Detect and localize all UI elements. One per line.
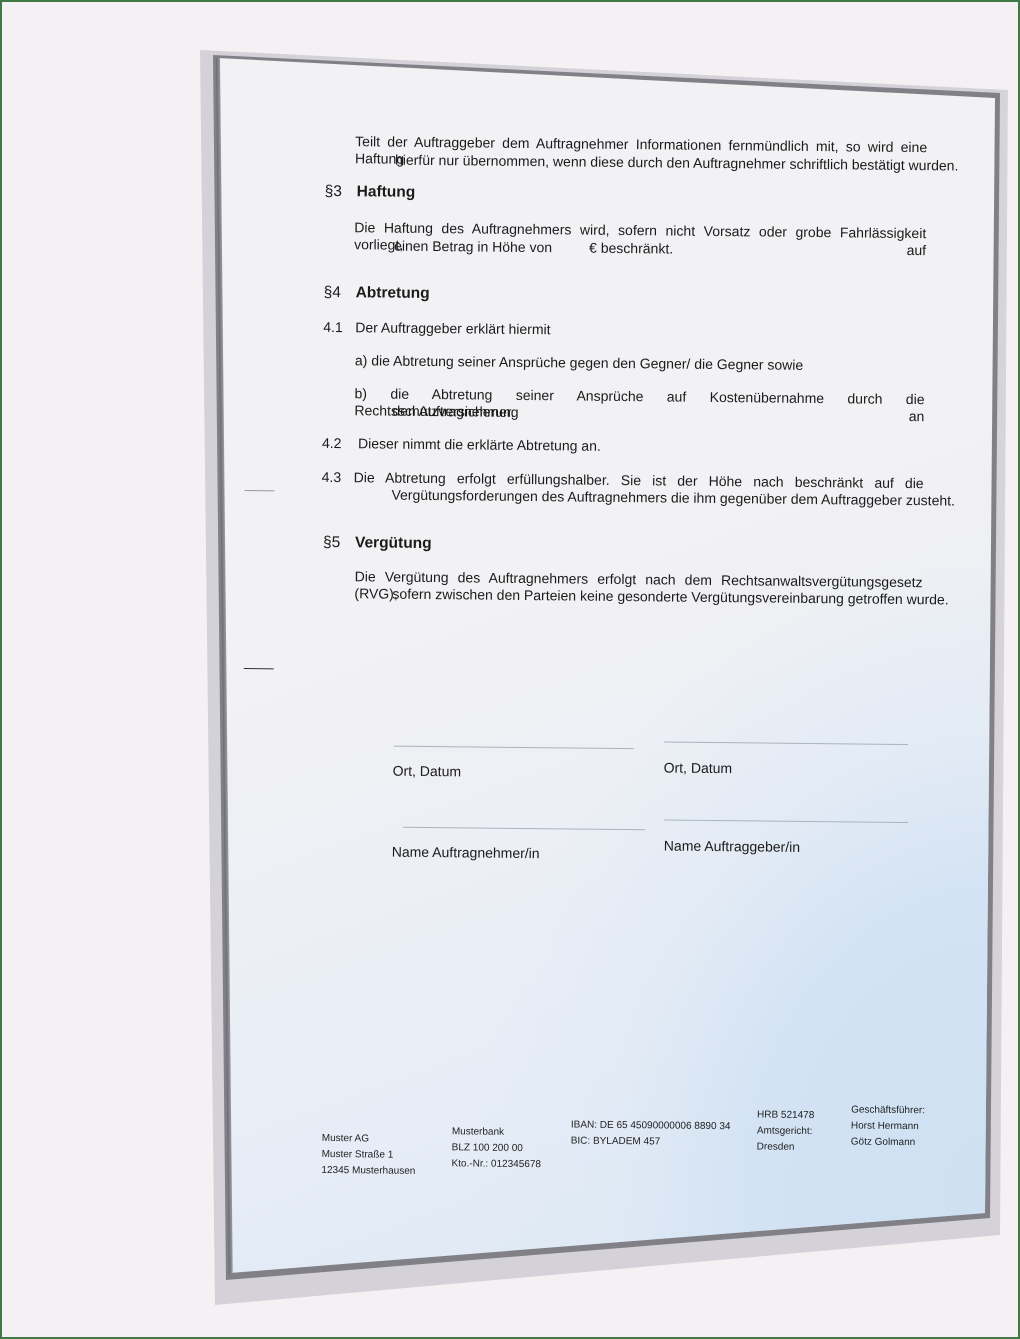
- section-number: §3: [325, 183, 357, 201]
- signature-line-right-date: [664, 741, 908, 745]
- section-heading-abtretung: §4Abtretung: [324, 284, 430, 303]
- footer-iban: IBAN: DE 65 45090000006 8890 34: [571, 1118, 731, 1136]
- item-text-4-2: Dieser nimmt die erklärte Abtretung an.: [358, 435, 601, 455]
- footer-manager-2: Götz Golmann: [851, 1134, 925, 1151]
- footer-management: Geschäftsführer: Horst Hermann Götz Golm…: [851, 1102, 925, 1151]
- footer-company-city: 12345 Musterhausen: [321, 1163, 415, 1180]
- section-title: Haftung: [357, 183, 416, 201]
- haftung-line-2b: € beschränkt.: [589, 240, 673, 258]
- footer-register: HRB 521478 Amtsgericht: Dresden: [757, 1107, 815, 1156]
- footer-hrb: HRB 521478: [757, 1107, 814, 1124]
- haftung-line-2a: einen Betrag in Höhe von: [394, 238, 552, 257]
- footer-account: IBAN: DE 65 45090000006 8890 34 BIC: BYL…: [571, 1118, 731, 1152]
- document-content: Teilt der Auftraggeber dem Auftragnehmer…: [0, 0, 1020, 1339]
- footer-bank: Musterbank BLZ 100 200 00 Kto.-Nr.: 0123…: [451, 1124, 541, 1173]
- place-date-label-left: Ort, Datum: [393, 763, 462, 781]
- footer-court-label: Amtsgericht:: [757, 1123, 814, 1140]
- item-number-4-3: 4.3: [322, 469, 342, 486]
- footer-company-street: Muster Straße 1: [322, 1147, 416, 1164]
- footer-manager-1: Horst Hermann: [851, 1118, 925, 1135]
- section-number: §4: [324, 284, 356, 302]
- signature-line-right-name: [664, 819, 908, 823]
- footer-bank-name: Musterbank: [452, 1124, 542, 1141]
- subitem-a: a) die Abtretung seiner Ansprüche gegen …: [355, 352, 803, 374]
- section-heading-verguetung: §5Vergütung: [323, 534, 432, 553]
- punch-mark: [244, 668, 274, 669]
- fold-mark: [245, 490, 275, 491]
- place-date-label-right: Ort, Datum: [664, 759, 733, 777]
- footer-company: Muster AG Muster Straße 1 12345 Musterha…: [321, 1131, 415, 1180]
- section-heading-haftung: §3Haftung: [325, 183, 416, 202]
- footer-company-name: Muster AG: [322, 1131, 416, 1148]
- footer-bic: BIC: BYLADEM 457: [571, 1134, 731, 1152]
- footer-bank-account: Kto.-Nr.: 012345678: [451, 1156, 541, 1173]
- name-label-client: Name Auftraggeber/in: [664, 837, 800, 855]
- item-number-4-1: 4.1: [323, 319, 343, 336]
- section-number: §5: [323, 534, 355, 552]
- section-title: Abtretung: [356, 284, 430, 302]
- footer-management-label: Geschäftsführer:: [851, 1102, 925, 1119]
- signature-line-left-date: [394, 746, 634, 750]
- item-number-4-2: 4.2: [322, 435, 342, 452]
- subitem-b-line-2: den Auftragnehmer.: [392, 403, 514, 421]
- footer-court-city: Dresden: [757, 1139, 814, 1156]
- name-label-contractor: Name Auftragnehmer/in: [392, 844, 540, 863]
- section-title: Vergütung: [355, 534, 432, 552]
- item-text-4-1: Der Auftraggeber erklärt hiermit: [355, 319, 550, 338]
- footer-bank-blz: BLZ 100 200 00: [452, 1140, 542, 1157]
- signature-line-left-name: [403, 827, 645, 831]
